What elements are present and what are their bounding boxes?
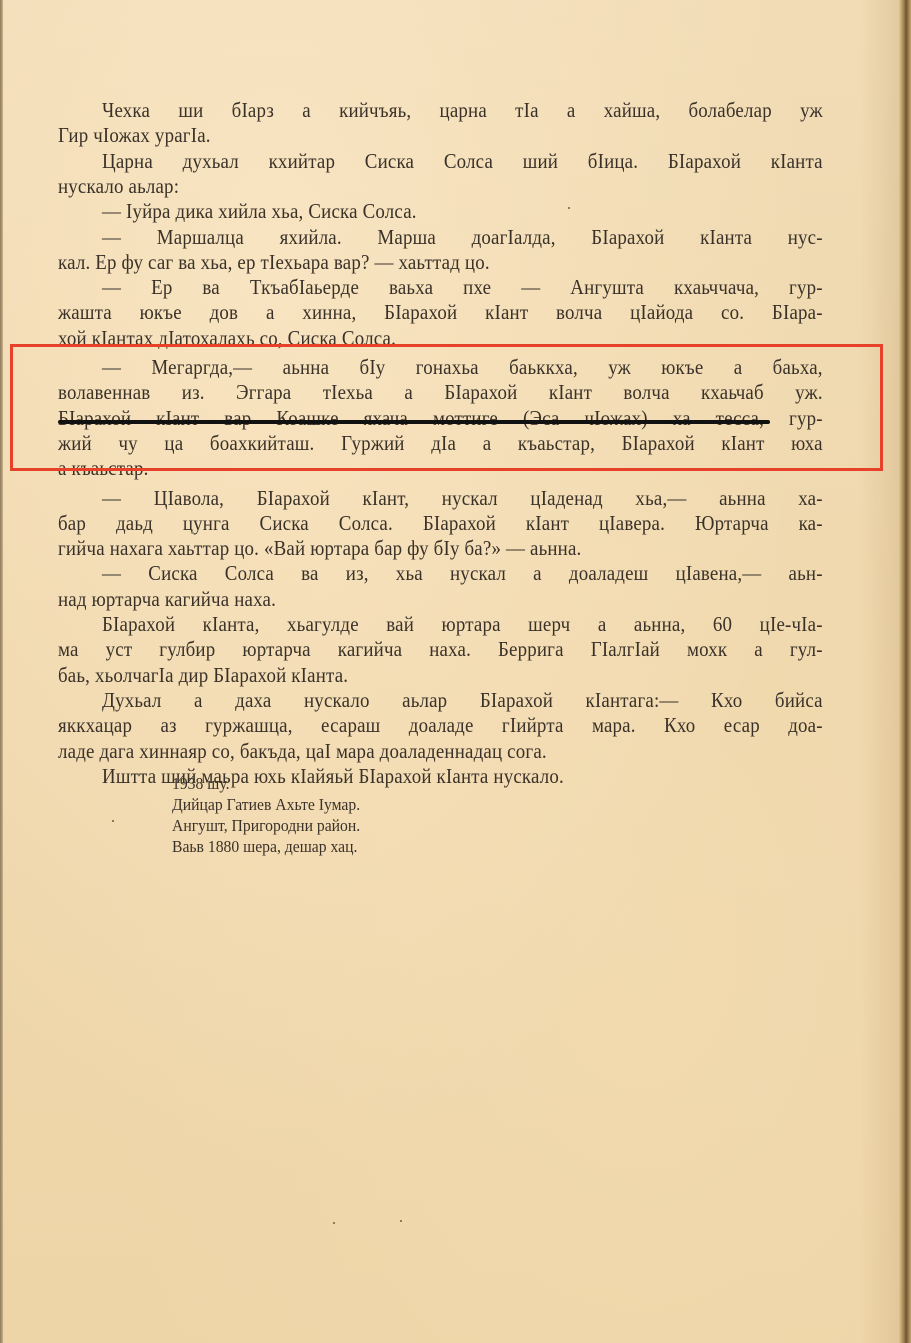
signature-block: 1938 шу. Дийцар Гатиев Ахьте Iумар. Ангу… [172,773,370,857]
signature-birth-info: Ваьв 1880 шера, дешар хац. [172,836,360,857]
text-line: БIарахой кIанта, хьагулде вай юртара шер… [102,612,823,636]
page-right-edge [899,0,911,1343]
paper-speck [333,1222,335,1224]
text-line: Духьал а даха нускало аьлар БIарахой кIа… [102,688,823,712]
text-line: — Iуйра дика хийла хьа, Сиска Солса. [102,199,823,223]
text-line: жашта юкъе дов а хинна, БIарахой кIант в… [58,300,823,324]
text-line: над юртарча кагийча наха. [58,587,823,611]
highlight-box-annotation [10,344,883,471]
paper-speck [568,207,570,209]
signature-location: Ангушт, Пригородни район. [172,815,360,836]
text-line: нускало аьлар: [58,174,823,198]
signature-year: 1938 шу. [172,773,360,794]
scanned-page: Чехка ши бIарз а кийчъяь, царна тIа а ха… [0,0,911,1343]
page-left-edge [0,0,3,1343]
text-line: бар даьд цунга Сиска Солса. БIарахой кIа… [58,511,823,535]
text-line: Чехка ши бIарз а кийчъяь, царна тIа а ха… [102,98,823,122]
text-line: гийча нахага хаьттар цо. «Вай юртара бар… [58,536,823,560]
text-line: — Ер ва ТкъабIаьерде ваьха пхе — Ангушта… [102,275,823,299]
text-line: ма уст гулбир юртарча кагийча наха. Берр… [58,637,823,661]
text-line: — ЦIавола, БIарахой кIант, нускал цIаден… [102,486,823,510]
text-line: — Сиска Солса ва из, хьа нускал а доалад… [102,561,823,585]
text-line: Царна духьал кхийтар Сиска Солса ший бIи… [102,149,823,173]
paper-speck [112,820,114,822]
paper-speck [400,1220,402,1222]
signature-narrator: Дийцар Гатиев Ахьте Iумар. [172,794,360,815]
text-line: ладе дага хиннаяр со, бакъда, цаI мара д… [58,739,823,763]
text-line: баь, хьолчагIа дир БIарахой кIанта. [58,663,823,687]
page-gutter-shadow [859,0,899,1343]
text-line: кал. Ер фу саг ва хьа, ер тIехьара вар? … [58,250,823,274]
text-line: яккхацар аз гуржашца, есараш доаладе гIи… [58,713,823,737]
text-line: Гир чIожах урагIа. [58,123,823,147]
text-line: — Маршалца яхийла. Марша доагIалда, БIар… [102,225,823,249]
